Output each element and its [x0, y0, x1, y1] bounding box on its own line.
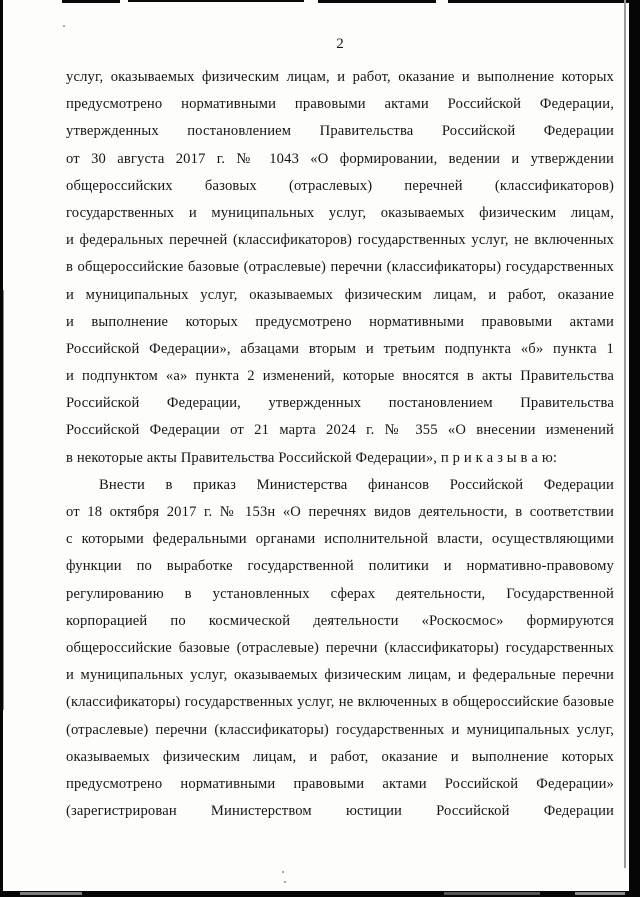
- scan-speck: [63, 25, 65, 27]
- text-line: (классификаторы) государственных услуг, …: [66, 689, 614, 716]
- document-page: 2 услуг, оказываемых физическим лицам, и…: [0, 0, 640, 897]
- text-line: и муниципальных услуг, оказываемых физич…: [66, 282, 614, 309]
- text-line: предусмотрено нормативными правовыми акт…: [66, 771, 614, 798]
- text-line: Российской Федерации», абзацами вторым и…: [66, 336, 614, 363]
- text-line: регулированию в установленных сферах дея…: [66, 581, 614, 608]
- text-line: (отраслевые) перечни (классификаторы) го…: [66, 717, 614, 744]
- text-line: общероссийские базовые (отраслевые) пере…: [66, 635, 614, 662]
- text-line: государственных и муниципальных услуг, о…: [66, 200, 614, 227]
- text-block: услуг, оказываемых физическим лицам, и р…: [66, 64, 614, 825]
- scan-edge-top: [448, 0, 629, 3]
- scan-edge-top: [128, 0, 304, 2]
- scan-edge-right-gray: [624, 0, 626, 868]
- scan-edge-top: [62, 0, 120, 3]
- text-line: с которыми федеральными органами исполни…: [66, 526, 614, 553]
- text-line: функции по выработке государственной пол…: [66, 553, 614, 580]
- scan-edge-left-gray: [3, 290, 5, 710]
- scan-edge-bottom-mottle: [20, 892, 82, 895]
- page-number: 2: [66, 32, 614, 56]
- text-line: Российской Федерации, утвержденных поста…: [66, 390, 614, 417]
- text-line: корпорацией по космической деятельности …: [66, 608, 614, 635]
- text-line: предусмотрено нормативными правовыми акт…: [66, 91, 614, 118]
- text-line: (зарегистрирован Министерством юстиции Р…: [66, 798, 614, 825]
- scan-edge-bottom-mottle: [575, 892, 625, 895]
- text-line: от 30 августа 2017 г. № 1043 «О формиров…: [66, 146, 614, 173]
- scan-speck: [284, 881, 286, 883]
- text-line: от 18 октября 2017 г. № 153н «О перечнях…: [66, 499, 614, 526]
- text-line: и муниципальных услуг, оказываемых физич…: [66, 662, 614, 689]
- text-line: услуг, оказываемых физическим лицам, и р…: [66, 64, 614, 91]
- scan-edge-bottom: [0, 891, 640, 897]
- text-line: в некоторые акты Правительства Российско…: [66, 445, 614, 472]
- text-line: и подпунктом «а» пункта 2 изменений, кот…: [66, 363, 614, 390]
- scan-speck: [282, 871, 284, 873]
- text-line: и выполнение которых предусмотрено норма…: [66, 309, 614, 336]
- text-line: и федеральных перечней (классификаторов)…: [66, 227, 614, 254]
- scan-edge-right: [629, 0, 640, 897]
- scan-edge-top: [318, 0, 436, 3]
- text-line: Российской Федерации от 21 марта 2024 г.…: [66, 417, 614, 444]
- text-line: в общероссийские базовые (отраслевые) пе…: [66, 254, 614, 281]
- text-line: утвержденных постановлением Правительств…: [66, 118, 614, 145]
- text-line: общероссийских базовых (отраслевых) пере…: [66, 173, 614, 200]
- text-line: Внести в приказ Министерства финансов Ро…: [66, 472, 614, 499]
- text-line: оказываемых физическим лицам, и работ, о…: [66, 744, 614, 771]
- scan-edge-bottom-mottle: [444, 892, 540, 895]
